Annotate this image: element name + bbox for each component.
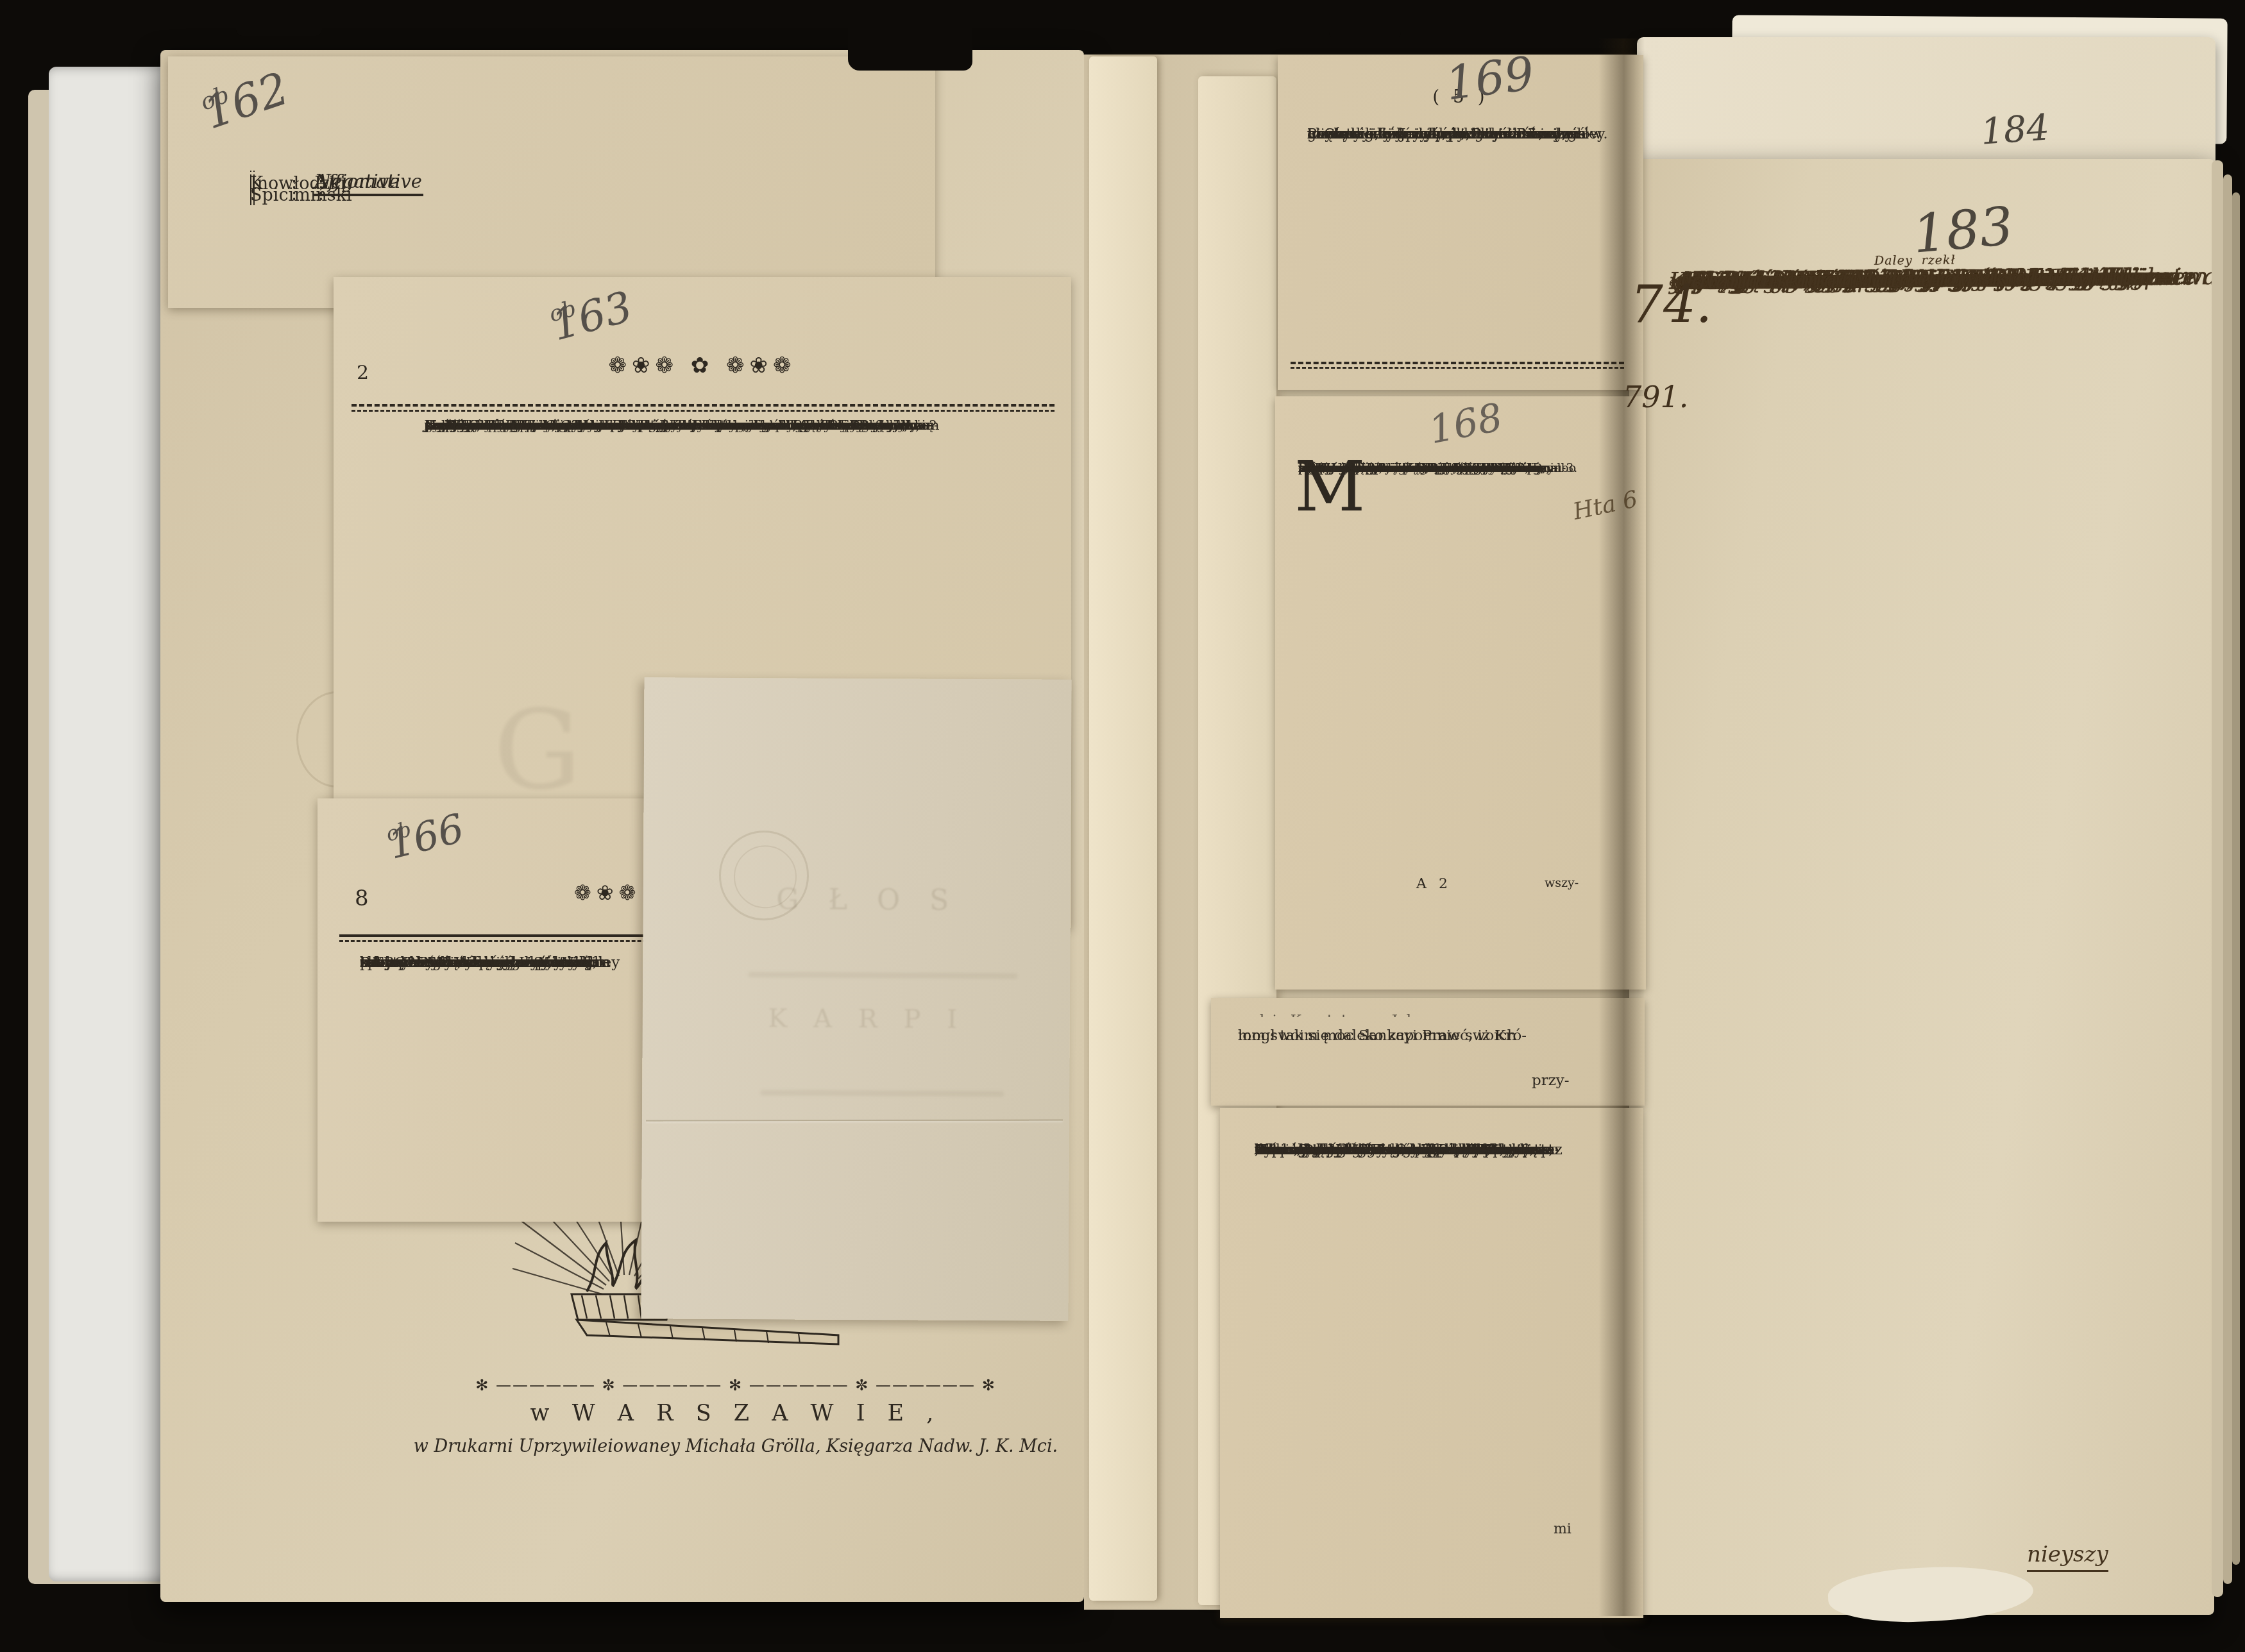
strip-fragment-page-168: 168 M owié przeciw zapadłey na Dniu 3.Ma… <box>1275 396 1646 990</box>
fore-edge-strip <box>2232 192 2240 1565</box>
text-line: szami, wraz z Senatem. Jeśli Plebeiusza- <box>1255 1142 1550 1159</box>
strip-fragment-solon: Osob złożonego, a ze czterech Klas, nakt… <box>1220 1108 1643 1618</box>
ornament-row: ❁❀❁ ✿ ❁❀❁ <box>334 353 1071 378</box>
bleedthrough-line <box>760 1090 1004 1097</box>
text-line: wym wyborem losu Oyczy <box>425 416 602 435</box>
left-loose-page-edge <box>49 67 172 1581</box>
fore-edge-strip <box>2223 174 2232 1584</box>
ornament-row: ❁❀❁ <box>574 881 641 905</box>
imprint-city: w W A R S Z A W I E , <box>348 1401 1124 1426</box>
ornamental-divider: ✻ —————— ✼ —————— ✻ —————— ✼ —————— ✻ <box>412 1376 1060 1394</box>
catchword: wszy- <box>1545 876 1579 890</box>
torn-edge-patch <box>1827 1562 2035 1627</box>
vote-dots-negative: ∶ ∶ <box>250 174 369 194</box>
text-line-partial: sudzie Konstytucyą; Jako <box>1238 1004 1424 1017</box>
bleedthrough-line <box>748 972 1017 979</box>
fore-edge-strip <box>2212 160 2223 1597</box>
text-line: lom swoim moc Sankcyi Praw swoich <box>1238 1020 1516 1052</box>
catchword: nieyszy <box>2027 1542 2108 1572</box>
manuscript-page-183: 183 Za przybyciem Jo Kr Mcido Senatu Zag… <box>1629 159 2214 1615</box>
catchword: przy- <box>1532 1072 1570 1089</box>
strip-fragment-page-5: ( 5 ) nowane —— Jedność ta zdania i miło… <box>1278 55 1643 390</box>
background-gap <box>1329 0 1401 38</box>
margin-number: 74. <box>1631 274 1712 334</box>
text-line: „dla Jmienia Małachowskich, tym sil= <box>1679 260 2176 300</box>
imprint-printer: w Drukarni Uprzywileiowaney Michała Gröl… <box>322 1437 1149 1456</box>
archival-book-scan: ✻ —————— ✼ —————— ✻ —————— ✼ —————— ✻ w … <box>0 0 2245 1652</box>
double-dashed-rule <box>352 404 1055 412</box>
folio-mark-169: 169 <box>1443 46 1537 110</box>
bleedthrough-title: G Ł O S <box>740 883 996 917</box>
paper-crease <box>646 1119 1063 1121</box>
strip-fragment-small: sudzie Konstytucyą; Jako mogł tak się da… <box>1211 998 1645 1106</box>
text-line: lub wysławienie innych śrzodk <box>360 952 588 974</box>
signature-mark: A 2 <box>1416 876 1452 892</box>
vote-table-header-negative: Negative <box>250 171 369 172</box>
blank-overlay-leaf: G Ł O S K A R P I <box>641 677 1071 1320</box>
background-gap <box>848 0 972 71</box>
folio-mark-184: 184 <box>1979 106 2051 153</box>
folio-mark-183: 183 <box>1910 196 2015 265</box>
background-gap <box>236 0 322 36</box>
margin-number: 791. <box>1623 380 1688 414</box>
page-number: 8 <box>355 886 369 911</box>
double-dashed-rule <box>1291 362 1624 369</box>
clipping-vote-table: 162ob Affiomative Negative Spicimiński ∶… <box>168 56 935 308</box>
binding-guard <box>1089 56 1157 1601</box>
folio-mark-168: 168 <box>1425 395 1506 453</box>
text-line: kar, powszechnym Delacyi pozwoleniem, <box>1298 460 1550 476</box>
text-line: wzaiem sobie użyczali; gdy chce, aby <box>1307 124 1573 145</box>
catchword: mi <box>1554 1521 1571 1537</box>
bleedthrough-title: K A R P I <box>739 1004 995 1034</box>
